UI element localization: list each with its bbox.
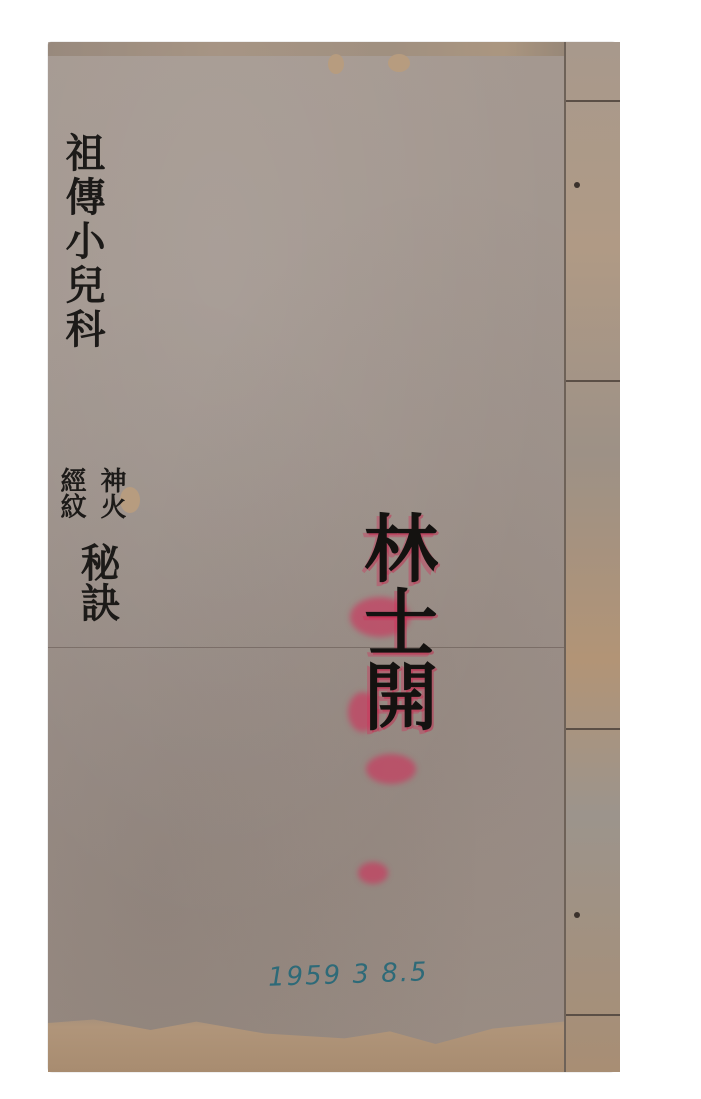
subtitle-left: 經紋 xyxy=(54,467,88,519)
worn-bottom-edge xyxy=(48,1002,618,1072)
book-title: 祖傳小兒科 xyxy=(58,132,108,352)
red-seal-smear xyxy=(358,862,388,884)
binding-hole xyxy=(574,912,580,918)
owner-stamp: 林士開 xyxy=(346,510,456,732)
subtitle-right: 神火 xyxy=(94,467,128,519)
subtitle-block: 經紋 神火 xyxy=(52,467,142,547)
handwritten-date: 1959 3 8.5 xyxy=(268,957,430,993)
book-spine xyxy=(564,42,620,1072)
red-seal-smear xyxy=(366,754,416,784)
paper-stain xyxy=(328,54,344,74)
binding-hole xyxy=(574,182,580,188)
paper-stain xyxy=(388,54,410,72)
book-cover: 祖傳小兒科 經紋 神火 秘訣 林士開 1959 3 8.5 xyxy=(48,42,618,1072)
subtitle-bottom: 秘訣 xyxy=(70,542,124,622)
binding-stitch xyxy=(566,728,620,730)
fold-crease xyxy=(48,647,564,648)
binding-stitch xyxy=(566,1014,620,1016)
binding-stitch xyxy=(566,380,620,382)
binding-stitch xyxy=(566,100,620,102)
